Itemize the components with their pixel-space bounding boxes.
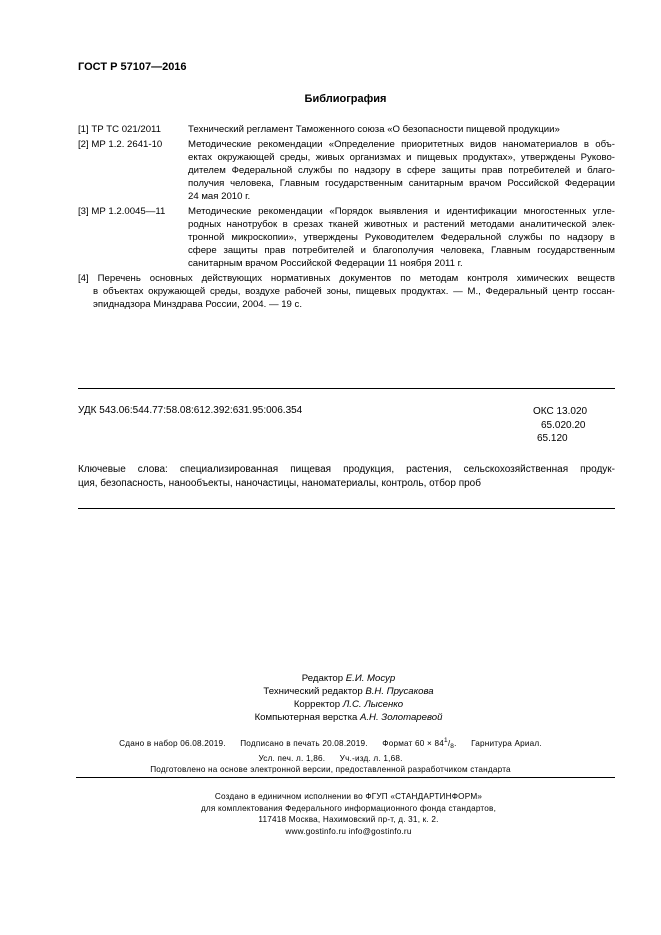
divider-footer	[76, 777, 615, 778]
credit-role: Корректор	[294, 699, 340, 710]
credit-name: Е.И. Мосур	[346, 673, 395, 684]
reference-item: [4] Перечень основных действующих нормат…	[78, 272, 615, 311]
reference-line: Методические рекомендации «Определение п…	[188, 138, 615, 151]
imprint-line-2: Усл. печ. л. 1,86. Уч.-изд. л. 1,68.	[0, 753, 661, 765]
credit-proofreader: Корректор Л.С. Лысенко	[36, 698, 661, 711]
reference-line: ектах окружающей среды, живых организмах…	[188, 151, 615, 164]
imprint-block: Сдано в набор 06.08.2019. Подписано в пе…	[0, 735, 661, 776]
keywords-line: ция, безопасность, нанообъекты, наночаст…	[78, 477, 615, 491]
credit-layout: Компьютерная верстка А.Н. Золотаревой	[36, 711, 661, 724]
reference-line: получия человека, Главным государственны…	[188, 177, 615, 190]
reference-description: Технический регламент Таможенного союза …	[188, 123, 615, 136]
oks-code: 65.020.20	[533, 419, 587, 433]
reference-line: родных нанотрубок в срезах тканей животн…	[188, 218, 615, 231]
keywords: Ключевые слова: специализированная пищев…	[78, 463, 615, 491]
publication-sheets: Уч.-изд. л. 1,68.	[340, 754, 403, 763]
standard-id-header: ГОСТ Р 57107—2016	[78, 61, 187, 73]
print-sheets: Усл. печ. л. 1,86.	[258, 754, 325, 763]
credit-role: Компьютерная верстка	[255, 712, 358, 723]
publisher-line: для комплектования Федерального информац…	[36, 803, 661, 815]
reference-line: дителем Федеральной службы по надзору в …	[188, 164, 615, 177]
credit-name: Л.С. Лысенко	[343, 699, 403, 710]
reference-description: Методические рекомендации «Порядок выявл…	[188, 205, 615, 270]
imprint-line-1: Сдано в набор 06.08.2019. Подписано в пе…	[0, 735, 661, 753]
reference-text: Перечень основных действующих нормативны…	[98, 273, 615, 284]
reference-code: [3] МР 1.2.0045—11	[78, 205, 188, 270]
bibliography-title: Библиография	[0, 93, 661, 105]
print-format: Формат 60 × 841/8.	[382, 739, 456, 748]
reference-line: сфере защиты прав потребителей и благопо…	[188, 244, 615, 257]
reference-line: [4] Перечень основных действующих нормат…	[78, 272, 615, 285]
reference-code: [2] МР 1.2. 2641-10	[78, 138, 188, 203]
credit-editor: Редактор Е.И. Мосур	[36, 672, 661, 685]
reference-line: санитарным врачом Российской Федерации 1…	[188, 257, 615, 270]
reference-line: тронной микроскопии», утверждены Руковод…	[188, 231, 615, 244]
reference-item: [2] МР 1.2. 2641-10 Методические рекомен…	[78, 138, 615, 203]
typeface: Гарнитура Ариал.	[471, 739, 542, 748]
credit-tech-editor: Технический редактор В.Н. Прусакова	[36, 685, 661, 698]
publisher-line: Создано в единичном исполнении во ФГУП «…	[36, 791, 661, 803]
credit-role: Редактор	[302, 673, 343, 684]
reference-line: Методические рекомендации «Порядок выявл…	[188, 205, 615, 218]
divider-top	[78, 388, 615, 389]
credits-block: Редактор Е.И. Мосур Технический редактор…	[0, 672, 661, 724]
divider-bottom	[78, 508, 615, 509]
publisher-address: 117418 Москва, Нахимовский пр-т, д. 31, …	[36, 814, 661, 826]
oks-code: 65.120	[533, 432, 587, 446]
credit-role: Технический редактор	[263, 686, 362, 697]
bibliography-list: [1] ТР ТС 021/2011 Технический регламент…	[78, 123, 615, 311]
reference-code: [4]	[78, 273, 89, 284]
publisher-website-link[interactable]: www.gostinfo.ru	[285, 827, 346, 836]
oks-code: ОКС 13.020	[533, 405, 587, 419]
credit-name: В.Н. Прусакова	[365, 686, 433, 697]
signed-date: Подписано в печать 20.08.2019.	[240, 739, 368, 748]
credit-name: А.Н. Золотаревой	[360, 712, 442, 723]
reference-line: 24 мая 2010 г.	[188, 190, 615, 203]
submitted-date: Сдано в набор 06.08.2019.	[119, 739, 226, 748]
reference-line: в объектах окружающей среды, воздухе раб…	[78, 285, 615, 298]
imprint-note: Подготовлено на основе электронной верси…	[0, 764, 661, 776]
keywords-line: Ключевые слова: специализированная пищев…	[78, 463, 615, 477]
reference-description: Методические рекомендации «Определение п…	[188, 138, 615, 203]
udk-code: УДК 543.06:544.77:58.08:612.392:631.95:0…	[78, 405, 302, 416]
oks-codes: ОКС 13.020 65.020.20 65.120	[533, 405, 587, 446]
publisher-email-link[interactable]: info@gostinfo.ru	[349, 827, 412, 836]
reference-code: [1] ТР ТС 021/2011	[78, 123, 188, 136]
reference-item: [1] ТР ТС 021/2011 Технический регламент…	[78, 123, 615, 136]
reference-line: эпиднадзора Минздрава России, 2004. — 19…	[78, 298, 615, 311]
publisher-contacts: www.gostinfo.ru info@gostinfo.ru	[36, 826, 661, 838]
reference-line: Технический регламент Таможенного союза …	[188, 123, 615, 136]
reference-item: [3] МР 1.2.0045—11 Методические рекоменд…	[78, 205, 615, 270]
publisher-block: Создано в единичном исполнении во ФГУП «…	[0, 791, 661, 837]
